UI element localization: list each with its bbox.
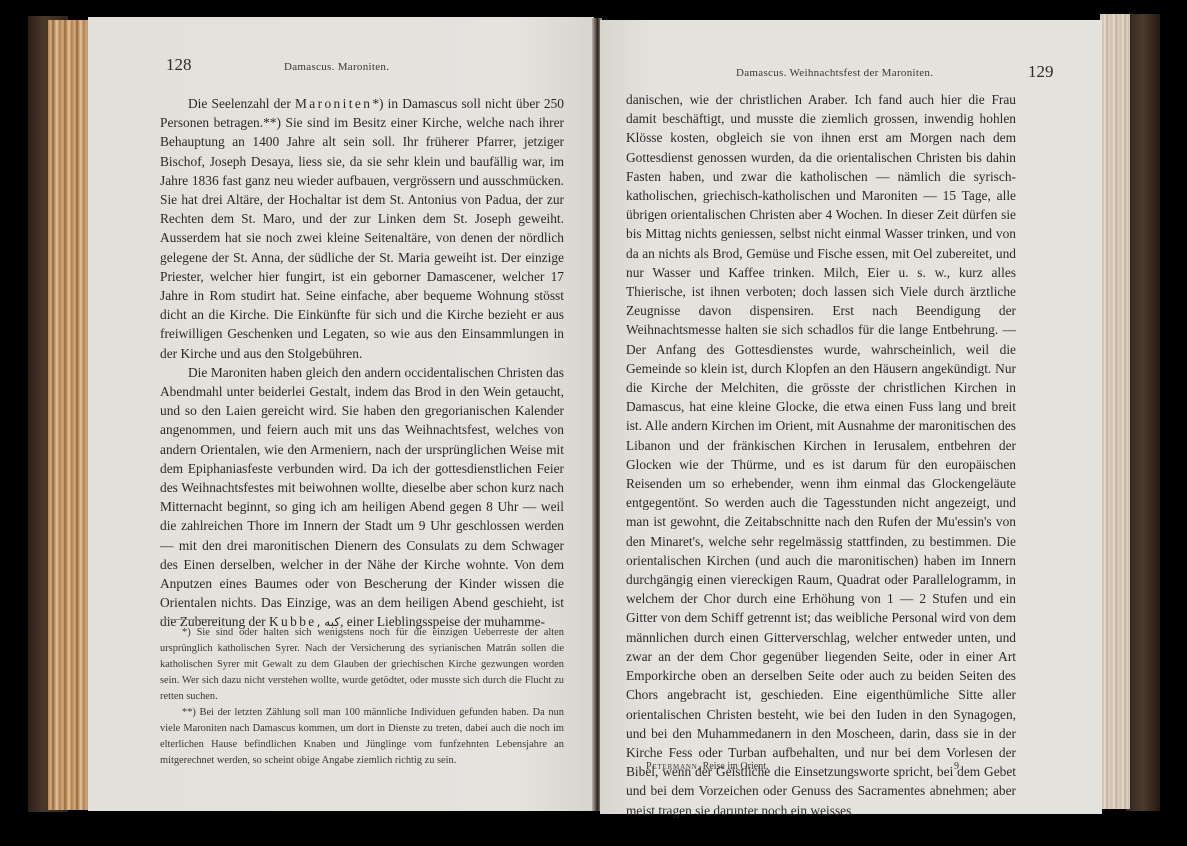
page-edges-left [48, 20, 88, 810]
page-number-left: 128 [166, 55, 192, 75]
footnotes: *) Sie sind oder halten sich wenigstens … [160, 625, 564, 769]
page-number-right: 129 [1028, 62, 1054, 82]
signature-title: , Reise im Orient. [698, 761, 769, 772]
running-head-left: Damascus. Maroniten. [284, 61, 389, 73]
left-page: 128 Damascus. Maroniten. Die Seelenzahl … [88, 17, 594, 811]
body-text-left: Die Seelenzahl der Maroniten*) in Damasc… [160, 94, 564, 633]
paragraph: danischen, wie der christlichen Araber. … [626, 90, 1016, 820]
running-head-right: Damascus. Weihnachtsfest der Maroniten. [736, 67, 933, 79]
body-text-right: danischen, wie der christlichen Araber. … [626, 90, 1016, 820]
paragraph: Die Maroniten haben gleich den andern oc… [160, 363, 564, 633]
signature-line: Petermann, Reise im Orient. [646, 761, 768, 772]
signature-sheet-number: 9 [954, 761, 959, 772]
book-cover-right [1126, 14, 1160, 811]
footnote-divider [160, 619, 220, 620]
right-page: Damascus. Weihnachtsfest der Maroniten. … [600, 20, 1102, 814]
open-book: 128 Damascus. Maroniten. Die Seelenzahl … [0, 0, 1187, 846]
paragraph: Die Seelenzahl der Maroniten*) in Damasc… [160, 94, 564, 363]
footnote: *) Sie sind oder halten sich wenigstens … [160, 625, 564, 705]
footnote: **) Bei der letzten Zählung soll man 100… [160, 705, 564, 769]
signature-author: Petermann [646, 761, 698, 772]
page-edges-right [1100, 14, 1130, 809]
emphasized-term: Maroniten [295, 96, 372, 111]
